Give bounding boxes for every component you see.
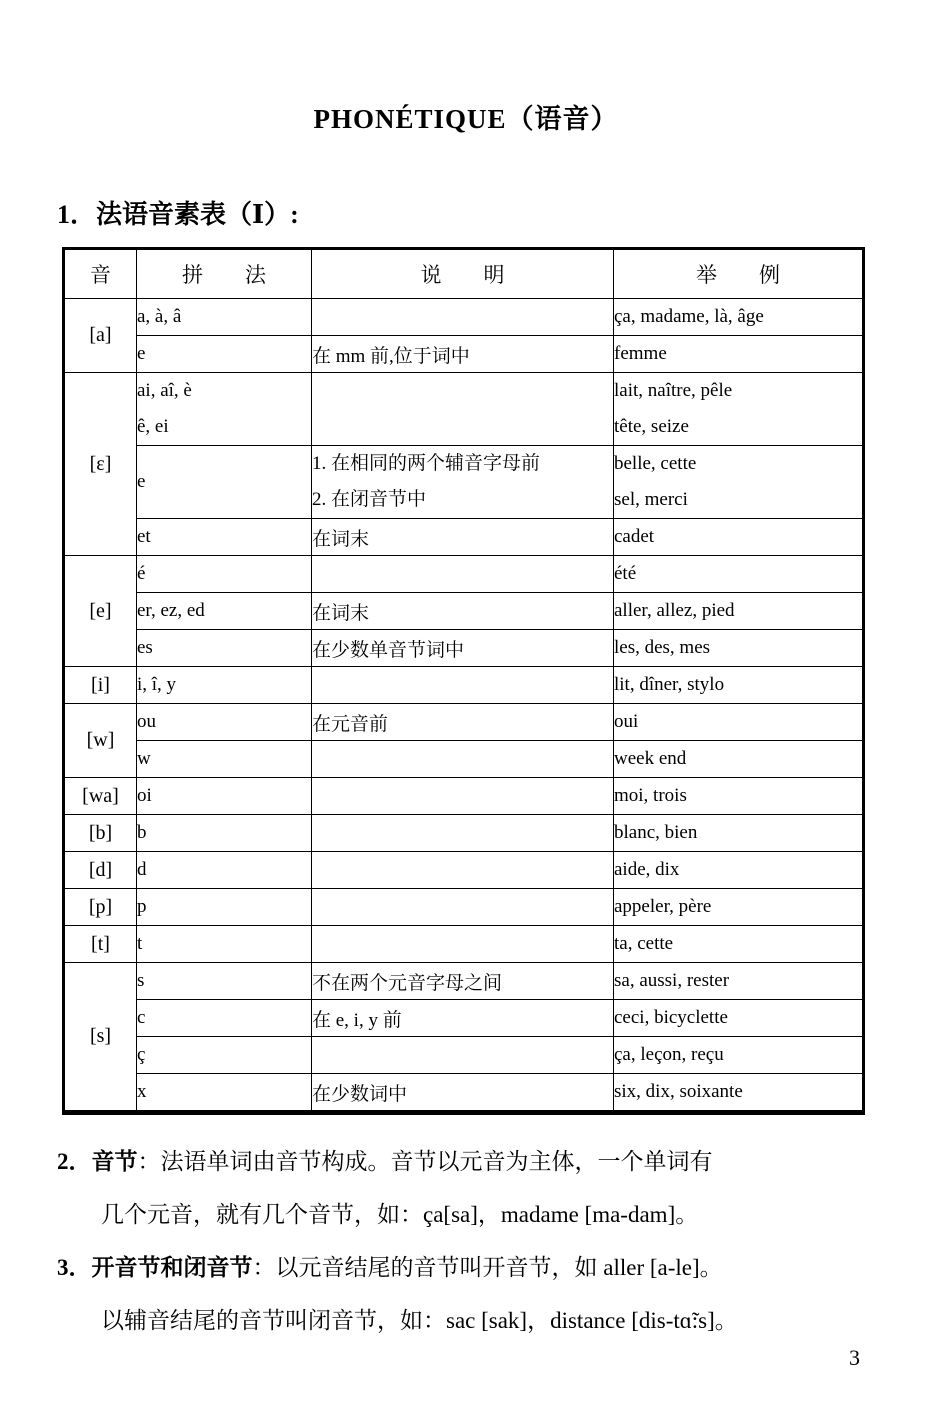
phoneme-cell: [wa] [64, 778, 137, 815]
spelling-text: ai, aî, è ê, ei [137, 373, 311, 445]
table-row: [wa] oi moi, trois [64, 778, 864, 815]
examples-cell: appeler, père [614, 889, 864, 926]
phoneme-cell: [w] [64, 704, 137, 778]
section-3-lead: 3．开音节和闭音节 [57, 1255, 253, 1280]
page-number: 3 [849, 1345, 860, 1371]
examples-cell: femme [614, 336, 864, 373]
spelling-cell: é [137, 556, 312, 593]
table-row: w week end [64, 741, 864, 778]
note-cell [312, 667, 614, 704]
examples-cell: lait, naître, pêle tête, seize [614, 373, 864, 446]
note-text: 1. 在相同的两个辅音字母前 2. 在闭音节中 [312, 446, 613, 518]
examples-cell: week end [614, 741, 864, 778]
examples-cell: moi, trois [614, 778, 864, 815]
examples-text: lait, naître, pêle tête, seize [614, 373, 862, 445]
header-note: 说 明 [312, 249, 614, 299]
spelling-cell: ç [137, 1037, 312, 1074]
spelling-cell: t [137, 926, 312, 963]
phoneme-cell: [b] [64, 815, 137, 852]
note-cell: 在词末 [312, 519, 614, 556]
section-2-paragraph: 2．音节：法语单词由音节构成。音节以元音为主体，一个单词有 几个元音，就有几个音… [57, 1135, 875, 1241]
examples-cell: oui [614, 704, 864, 741]
examples-cell: ceci, bicyclette [614, 1000, 864, 1037]
spelling-cell: a, à, â [137, 299, 312, 336]
spelling-cell: p [137, 889, 312, 926]
note-cell [312, 778, 614, 815]
phoneme-cell: [d] [64, 852, 137, 889]
table-row: es 在少数单音节词中 les, des, mes [64, 630, 864, 667]
table-row: x 在少数词中 six, dix, soixante [64, 1074, 864, 1113]
note-cell [312, 1037, 614, 1074]
examples-cell: belle, cette sel, merci [614, 446, 864, 519]
table-row: [i] i, î, y lit, dîner, stylo [64, 667, 864, 704]
section-1-heading: 1．法语音素表（Ⅰ）: [57, 194, 932, 231]
phoneme-cell: [ɛ] [64, 373, 137, 556]
note-cell: 在元音前 [312, 704, 614, 741]
note-cell: 在 mm 前,位于词中 [312, 336, 614, 373]
note-cell [312, 815, 614, 852]
table-row: e 在 mm 前,位于词中 femme [64, 336, 864, 373]
spelling-cell: s [137, 963, 312, 1000]
phoneme-cell: [e] [64, 556, 137, 667]
phoneme-cell: [p] [64, 889, 137, 926]
examples-cell: sa, aussi, rester [614, 963, 864, 1000]
body-paragraphs: 2．音节：法语单词由音节构成。音节以元音为主体，一个单词有 几个元音，就有几个音… [57, 1135, 875, 1347]
table-row: [e] é été [64, 556, 864, 593]
phoneme-cell: [a] [64, 299, 137, 373]
note-cell [312, 741, 614, 778]
table-row: [ɛ] ai, aî, è ê, ei lait, naître, pêle t… [64, 373, 864, 446]
spelling-cell: oi [137, 778, 312, 815]
spelling-cell: es [137, 630, 312, 667]
examples-cell: aller, allez, pied [614, 593, 864, 630]
spelling-cell: ai, aî, è ê, ei [137, 373, 312, 446]
note-cell: 不在两个元音字母之间 [312, 963, 614, 1000]
examples-cell: ça, madame, là, âge [614, 299, 864, 336]
note-cell [312, 889, 614, 926]
table-row: er, ez, ed 在词末 aller, allez, pied [64, 593, 864, 630]
spelling-cell: b [137, 815, 312, 852]
note-cell [312, 556, 614, 593]
spelling-cell: i, î, y [137, 667, 312, 704]
phoneme-cell: [s] [64, 963, 137, 1113]
document-page: PHONÉTIQUE（语音） 1．法语音素表（Ⅰ）: 音 拼 法 说 明 举 例… [0, 0, 932, 1413]
table-row: [p] p appeler, père [64, 889, 864, 926]
spelling-cell: et [137, 519, 312, 556]
examples-cell: été [614, 556, 864, 593]
phoneme-table: 音 拼 法 说 明 举 例 [a] a, à, â ça, madame, là… [62, 247, 865, 1115]
table-row: [w] ou 在元音前 oui [64, 704, 864, 741]
page-title: PHONÉTIQUE（语音） [0, 0, 932, 136]
spelling-cell: er, ez, ed [137, 593, 312, 630]
note-cell: 在少数词中 [312, 1074, 614, 1113]
examples-cell: blanc, bien [614, 815, 864, 852]
note-cell [312, 926, 614, 963]
note-cell [312, 852, 614, 889]
note-cell: 在少数单音节词中 [312, 630, 614, 667]
note-cell: 在词末 [312, 593, 614, 630]
table-row: c 在 e, i, y 前 ceci, bicyclette [64, 1000, 864, 1037]
spelling-cell: w [137, 741, 312, 778]
section-2-body: ：法语单词由音节构成。音节以元音为主体，一个单词有 几个元音，就有几个音节，如：… [101, 1149, 713, 1227]
note-cell: 在 e, i, y 前 [312, 1000, 614, 1037]
examples-cell: les, des, mes [614, 630, 864, 667]
section-3-paragraph: 3．开音节和闭音节：以元音结尾的音节叫开音节，如 aller [a-le]。 以… [57, 1241, 875, 1347]
header-spelling: 拼 法 [137, 249, 312, 299]
note-cell [312, 299, 614, 336]
examples-cell: cadet [614, 519, 864, 556]
spelling-cell: e [137, 446, 312, 519]
table-row: [s] s 不在两个元音字母之间 sa, aussi, rester [64, 963, 864, 1000]
phoneme-cell: [t] [64, 926, 137, 963]
header-phoneme: 音 [64, 249, 137, 299]
section-2-lead: 2．音节 [57, 1149, 138, 1174]
examples-cell: aide, dix [614, 852, 864, 889]
spelling-cell: d [137, 852, 312, 889]
table-row: [b] b blanc, bien [64, 815, 864, 852]
table-row: ç ça, leçon, reçu [64, 1037, 864, 1074]
table-row: [t] t ta, cette [64, 926, 864, 963]
phoneme-cell: [i] [64, 667, 137, 704]
table-row: et 在词末 cadet [64, 519, 864, 556]
note-cell: 1. 在相同的两个辅音字母前 2. 在闭音节中 [312, 446, 614, 519]
spelling-cell: ou [137, 704, 312, 741]
note-cell [312, 373, 614, 446]
table-row: [a] a, à, â ça, madame, là, âge [64, 299, 864, 336]
table-row: [d] d aide, dix [64, 852, 864, 889]
table-row: e 1. 在相同的两个辅音字母前 2. 在闭音节中 belle, cette s… [64, 446, 864, 519]
examples-cell: ça, leçon, reçu [614, 1037, 864, 1074]
spelling-cell: x [137, 1074, 312, 1113]
spelling-cell: c [137, 1000, 312, 1037]
examples-cell: six, dix, soixante [614, 1074, 864, 1113]
examples-cell: ta, cette [614, 926, 864, 963]
table-header-row: 音 拼 法 说 明 举 例 [64, 249, 864, 299]
examples-cell: lit, dîner, stylo [614, 667, 864, 704]
header-examples: 举 例 [614, 249, 864, 299]
examples-text: belle, cette sel, merci [614, 446, 862, 518]
spelling-cell: e [137, 336, 312, 373]
